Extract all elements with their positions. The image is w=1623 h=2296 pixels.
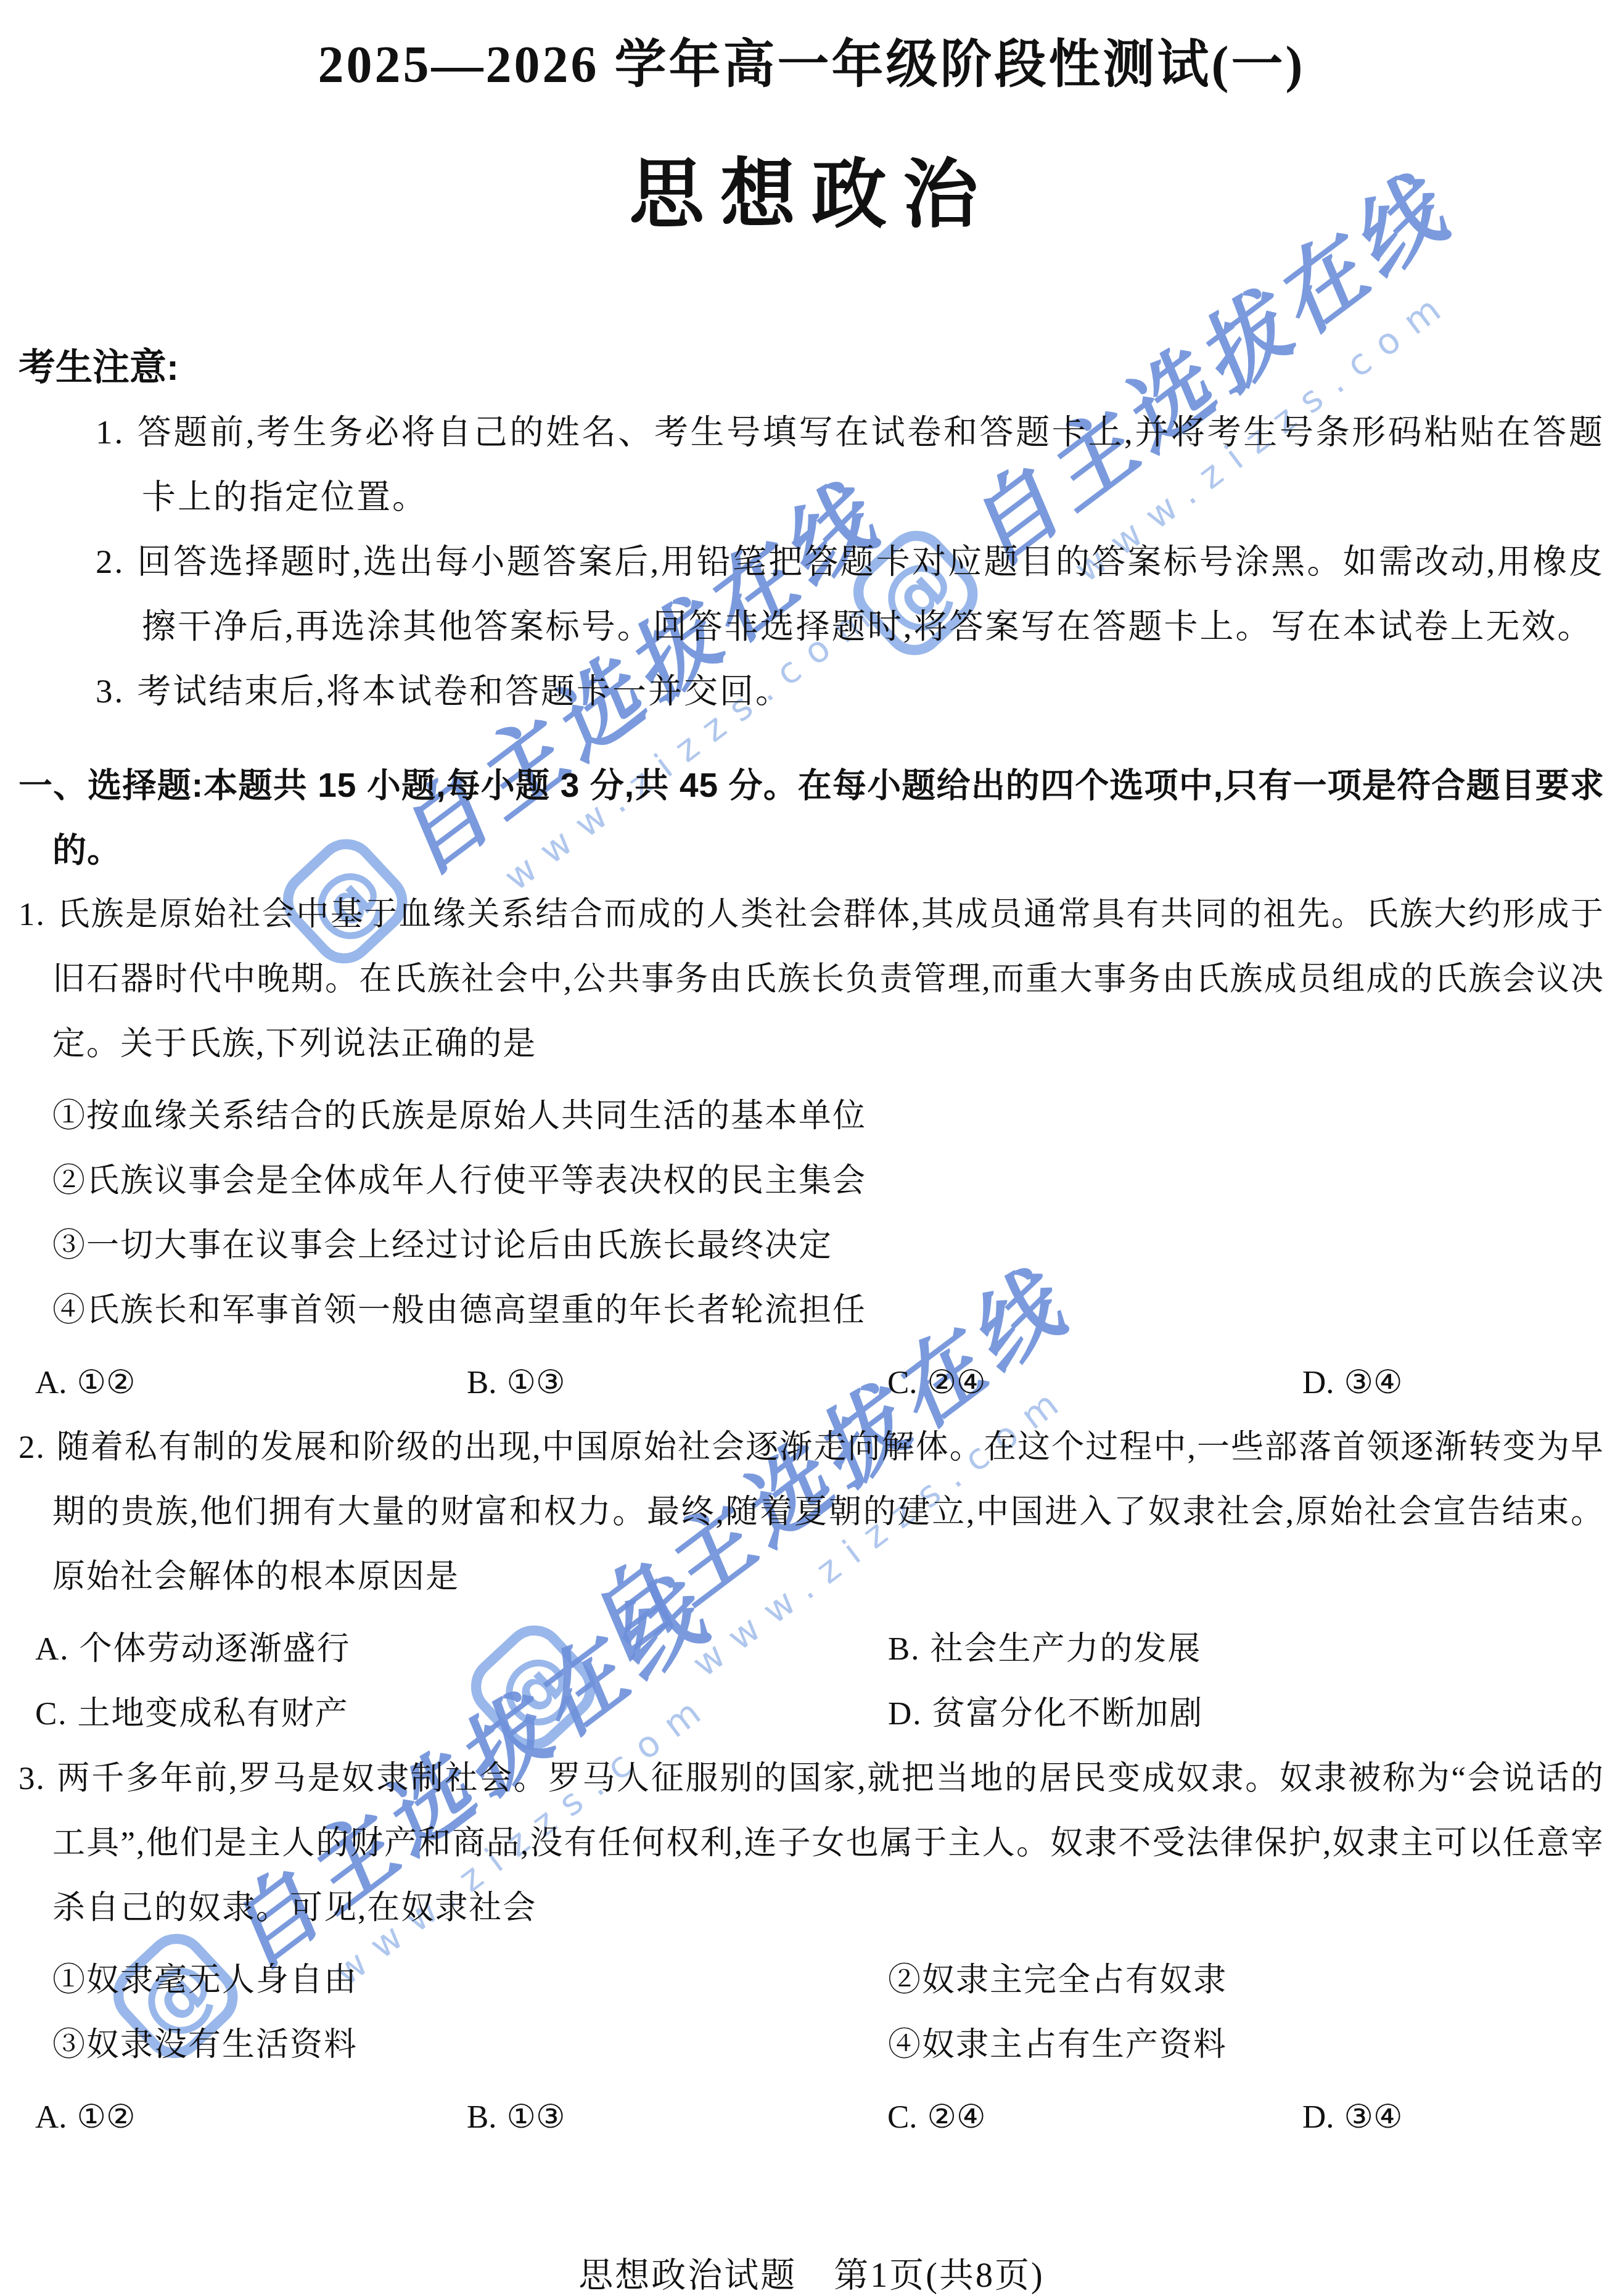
notice-item: 3.考试结束后,将本试卷和答题卡一并交回。 (96, 659, 1605, 723)
notice-item-text: 答题前,考生务必将自己的姓名、考生号填写在试卷和答题卡上,并将考生号条形码粘贴在… (137, 413, 1605, 516)
section-heading: 一、选择题:本题共 15 小题,每小题 3 分,共 45 分。在每小题给出的四个… (18, 753, 1605, 883)
statement-line: ④氏族长和军事首领一般由德高望重的年长者轮流担任 (52, 1278, 1605, 1343)
question-2: 2.随着私有制的发展和阶级的出现,中国原始社会逐渐走向解体。在这个过程中,一些部… (18, 1415, 1605, 1747)
notice-item: 1.答题前,考生务必将自己的姓名、考生号填写在试卷和答题卡上,并将考生号条形码粘… (96, 400, 1605, 529)
question-stem: 2.随着私有制的发展和阶级的出现,中国原始社会逐渐走向解体。在这个过程中,一些部… (18, 1415, 1605, 1610)
options-row: A.个体劳动逐渐盛行 B.社会生产力的发展 C.土地变成私有财产 D.贫富分化不… (35, 1617, 1605, 1747)
option-c: C.②④ (887, 2085, 1302, 2150)
option-b: B.①③ (467, 2085, 887, 2150)
question-stem: 1.氏族是原始社会中基于血缘关系结合而成的人类社会群体,其成员通常具有共同的祖先… (18, 883, 1605, 1077)
statement-line: ④奴隶主占有生产资料 (888, 2013, 1605, 2078)
option-b: B.社会生产力的发展 (888, 1617, 1605, 1682)
option-a: A.①② (35, 2085, 467, 2150)
statement-grid: ①奴隶毫无人身自由 ②奴隶主完全占有奴隶 ③奴隶没有生活资料 ④奴隶主占有生产资… (52, 1948, 1605, 2078)
notice-item-number: 2. (96, 543, 125, 580)
statement-line: ①按血缘关系结合的氏族是原始人共同生活的基本单位 (52, 1084, 1605, 1149)
question-stem-text: 两千多年前,罗马是奴隶制社会。罗马人征服别的国家,就把当地的居民变成奴隶。奴隶被… (52, 1761, 1605, 1926)
option-c: C.②④ (887, 1351, 1302, 1415)
question-stem-text: 随着私有制的发展和阶级的出现,中国原始社会逐渐走向解体。在这个过程中,一些部落首… (52, 1430, 1605, 1595)
option-c: C.土地变成私有财产 (35, 1682, 888, 1747)
question-stem-text: 氏族是原始社会中基于血缘关系结合而成的人类社会群体,其成员通常具有共同的祖先。氏… (52, 897, 1605, 1062)
subject-title: 思想政治 (18, 149, 1605, 239)
notice-item-number: 1. (96, 413, 125, 451)
statement-line: ③奴隶没有生活资料 (52, 2013, 888, 2078)
option-b: B.①③ (467, 1351, 887, 1415)
notice-item-number: 3. (96, 672, 125, 710)
statement-list: ①按血缘关系结合的氏族是原始人共同生活的基本单位 ②氏族议事会是全体成年人行使平… (52, 1084, 1605, 1343)
notice-item-text: 回答选择题时,选出每小题答案后,用铅笔把答题卡对应题目的答案标号涂黑。如需改动,… (137, 543, 1605, 645)
options-row: A.①② B.①③ C.②④ D.③④ (35, 1351, 1605, 1415)
question-stem: 3.两千多年前,罗马是奴隶制社会。罗马人征服别的国家,就把当地的居民变成奴隶。奴… (18, 1747, 1605, 1941)
notice-item: 2.回答选择题时,选出每小题答案后,用铅笔把答题卡对应题目的答案标号涂黑。如需改… (96, 529, 1605, 659)
statement-line: ②氏族议事会是全体成年人行使平等表决权的民主集会 (52, 1149, 1605, 1214)
options-row: A.①② B.①③ C.②④ D.③④ (35, 2085, 1605, 2150)
question-3: 3.两千多年前,罗马是奴隶制社会。罗马人征服别的国家,就把当地的居民变成奴隶。奴… (18, 1747, 1605, 2150)
page-footer: 思想政治试题第1页(共8页) (0, 2248, 1623, 2296)
notice-list: 1.答题前,考生务必将自己的姓名、考生号填写在试卷和答题卡上,并将考生号条形码粘… (18, 400, 1605, 723)
question-number: 3. (18, 1761, 46, 1796)
question-1: 1.氏族是原始社会中基于血缘关系结合而成的人类社会群体,其成员通常具有共同的祖先… (18, 883, 1605, 1415)
option-d: D.贫富分化不断加剧 (888, 1682, 1605, 1747)
statement-line: ③一切大事在议事会上经过讨论后由氏族长最终决定 (52, 1214, 1605, 1278)
statement-line: ②奴隶主完全占有奴隶 (888, 1948, 1605, 2013)
question-number: 2. (18, 1430, 46, 1465)
notice-item-text: 考试结束后,将本试卷和答题卡一并交回。 (137, 672, 791, 710)
statement-line: ①奴隶毫无人身自由 (52, 1948, 888, 2013)
notice-label: 考生注意: (18, 338, 1605, 391)
footer-doc-label: 思想政治试题 (578, 2257, 797, 2295)
question-number: 1. (18, 897, 46, 932)
footer-page-label: 第1页(共8页) (834, 2257, 1044, 2295)
exam-title: 2025—2026 学年高一年级阶段性测试(一) (18, 32, 1605, 99)
option-a: A.①② (35, 1351, 467, 1415)
option-a: A.个体劳动逐渐盛行 (35, 1617, 888, 1682)
option-d: D.③④ (1302, 1351, 1605, 1415)
exam-paper-page: @ 自主选拔在线 www.zizzs.com @ 自主选拔在线 www.zizz… (0, 0, 1623, 2296)
option-d: D.③④ (1302, 2085, 1605, 2150)
